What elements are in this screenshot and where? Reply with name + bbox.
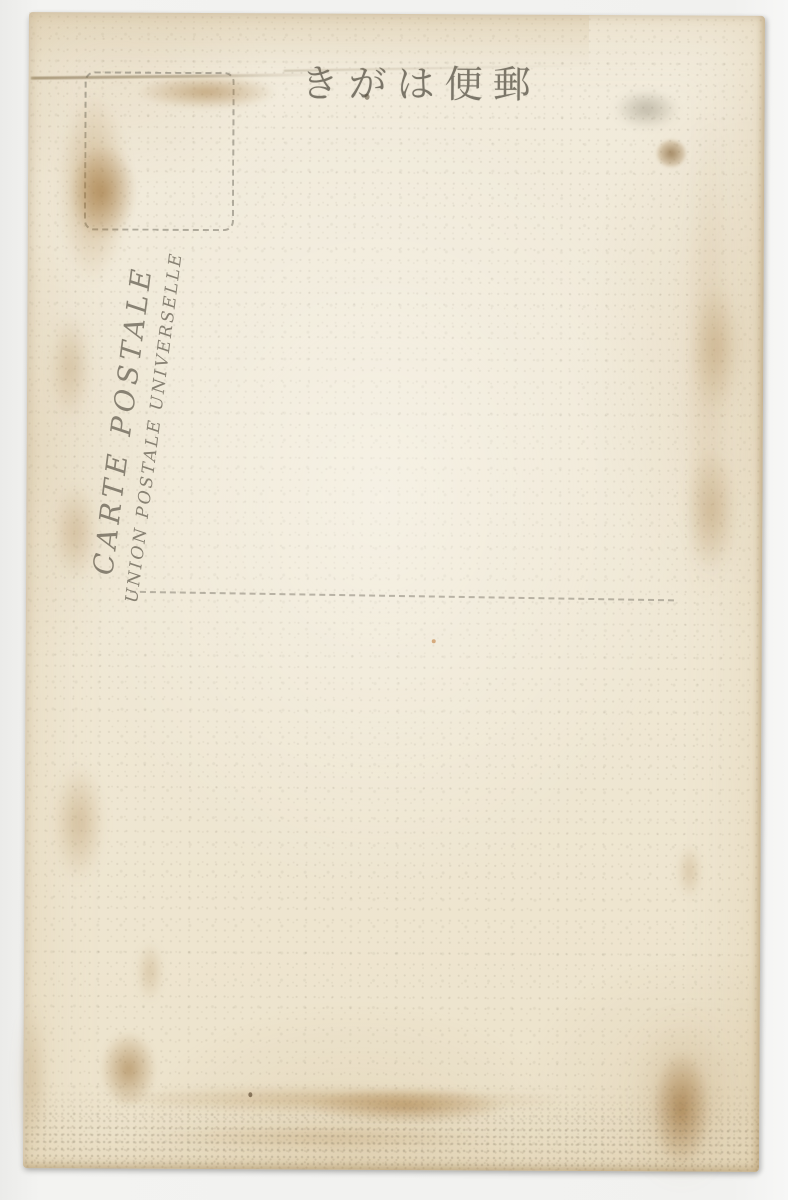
stain-bottom-cluster [309, 1088, 504, 1125]
stain-bottom-left-blob [99, 1030, 157, 1108]
side-text-block: CARTE POSTALE UNION POSTALE UNIVERSELLE [84, 237, 191, 582]
stain-bottom-streak-1 [115, 1085, 555, 1115]
stain-bottom-left-edge [17, 997, 48, 1162]
stain-fleck-bottom [248, 1092, 252, 1097]
scanner-bed: きがは便郵 CARTE POSTALE UNION POSTALE UNIVER… [0, 0, 788, 1200]
stain-right-blob-2 [684, 446, 739, 576]
stain-right-bottom-blob [651, 1050, 712, 1168]
postcard-back: きがは便郵 CARTE POSTALE UNION POSTALE UNIVER… [23, 12, 765, 1172]
bottom-wear-speckle [23, 1082, 759, 1172]
stain-fleck-mid [432, 639, 436, 643]
stain-right-dark-spot [656, 139, 686, 167]
postcard-header-japanese: きがは便郵 [301, 64, 541, 105]
stain-left-band-2 [49, 312, 92, 422]
stain-right-blob-1 [691, 281, 742, 416]
stain-right-band [684, 111, 733, 601]
stain-left-small [136, 941, 164, 1003]
stamp-box [84, 71, 235, 231]
stain-top-right-patch [613, 89, 679, 129]
address-divider-line [130, 591, 674, 602]
stain-right-small [676, 843, 702, 899]
stain-right-bottom-halo [629, 1010, 735, 1186]
stain-bottom-streak-2 [151, 1125, 491, 1151]
stain-left-band-4 [52, 762, 105, 882]
